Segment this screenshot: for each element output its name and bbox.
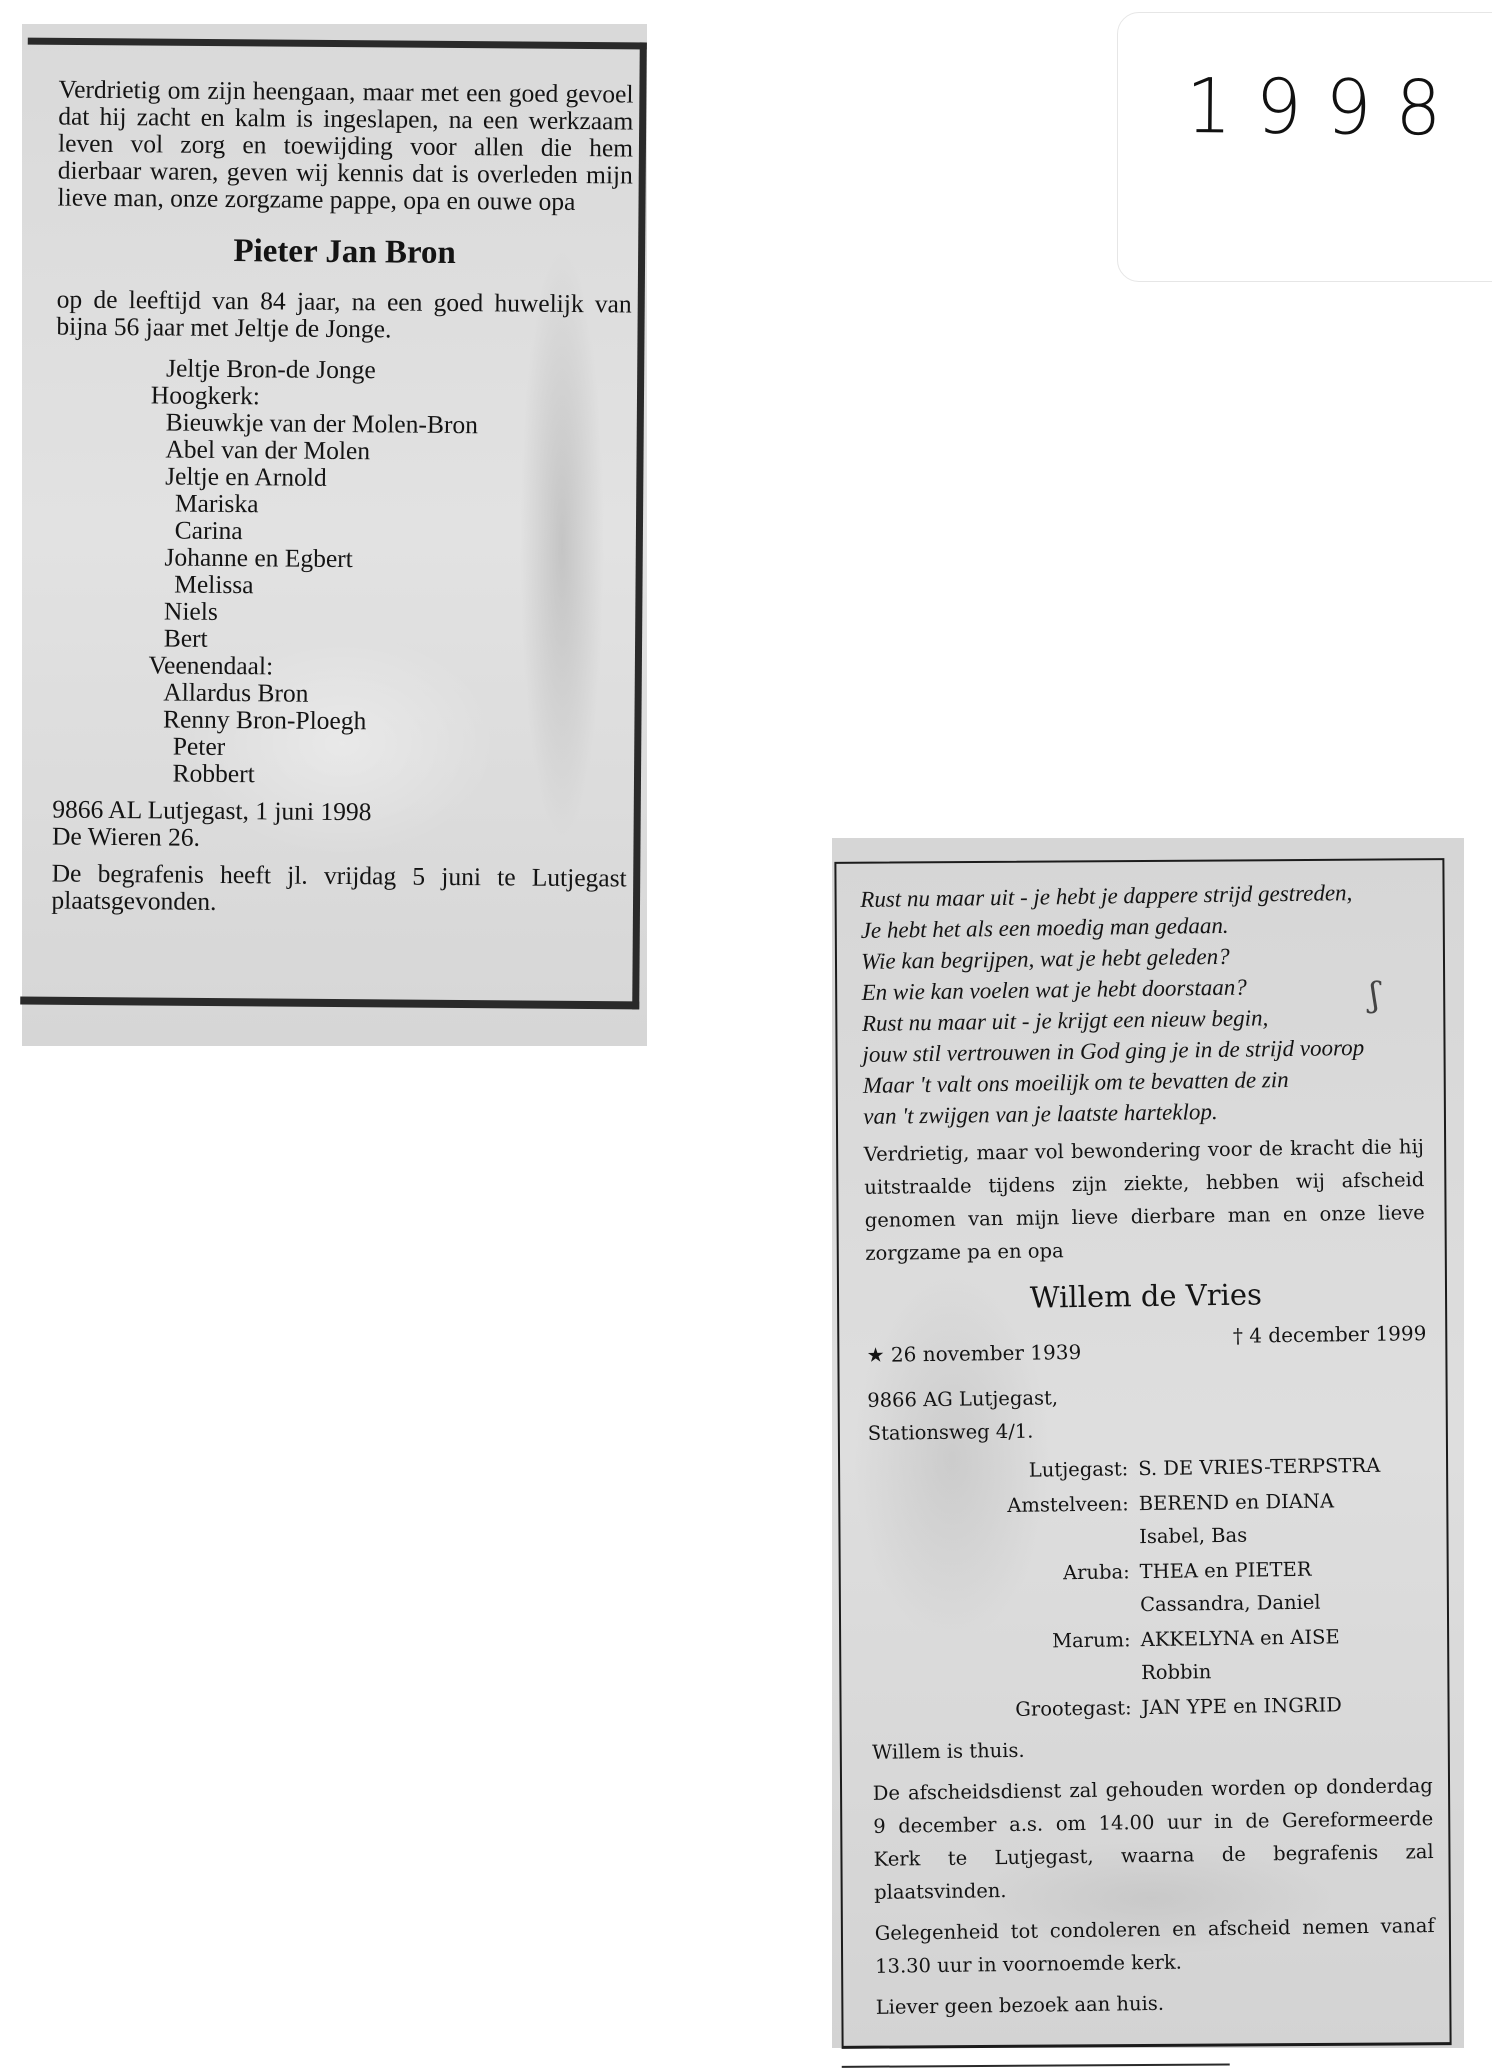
relative-row: Robbin [871,1652,1431,1693]
relative-row: Grootegast:JAN YPE en INGRID [871,1687,1431,1728]
poem: Rust nu maar uit - je hebt je dappere st… [860,876,1423,1132]
relative-names: BEREND en DIANA [1139,1483,1429,1520]
relative-names: THEA en PIETER [1139,1551,1429,1588]
relative-place [871,1656,1141,1693]
relative-place: Grootegast: [871,1691,1141,1728]
relatives-list: Lutjegast:S. DE VRIES-TERPSTRAAmstelveen… [868,1448,1432,1728]
poem-line: van 't zwijgen van je laatste harteklop. [863,1093,1423,1132]
home-note: Willem is thuis. [872,1728,1432,1769]
obituary-text-left: Verdrietig om zijn heengaan, maar met ee… [51,76,633,919]
relative-names: Isabel, Bas [1139,1516,1429,1553]
deceased-name: Pieter Jan Bron [57,237,632,269]
address-block: 9866 AG Lutjegast, Stationsweg 4/1. [867,1376,1428,1450]
relative-names: Cassandra, Daniel [1140,1584,1430,1621]
relative-place: Aruba: [869,1555,1139,1592]
address-line: De Wieren 26. [52,822,627,854]
service-note: De afscheidsdienst zal gehouden worden o… [873,1769,1435,1909]
relative-row: Lutjegast:S. DE VRIES-TERPSTRA [868,1448,1428,1489]
relative-names: AKKELYNA en AISE [1140,1619,1430,1656]
relative-place: Marum: [870,1623,1140,1660]
relative-place [869,1520,1139,1557]
age-text: op de leeftijd van 84 jaar, na een goed … [56,285,631,344]
condolence-note: Gelegenheid tot condoleren en afscheid n… [874,1909,1435,1983]
address-line: Stationsweg 4/1. [868,1409,1428,1450]
birth-date: ★ 26 november 1939 [866,1336,1081,1372]
family-list: Jeltje Bron-de JongeHoogkerk:Bieuwkje va… [52,353,631,790]
deceased-name: Willem de Vries [866,1276,1426,1317]
obituary-text-right: Rust nu maar uit - je hebt je dappere st… [860,876,1436,2024]
relative-row: Isabel, Bas [869,1516,1429,1557]
relative-place: Lutjegast: [868,1452,1138,1489]
funeral-note: De begrafenis heeft jl. vrijdag 5 juni t… [51,859,626,918]
relative-names: JAN YPE en INGRID [1141,1687,1431,1724]
relative-row: Cassandra, Daniel [870,1584,1430,1625]
handwritten-year-label: 1998 [1117,12,1492,282]
handwritten-year: 1998 [1186,62,1466,153]
death-date: † 4 december 1999 [1233,1317,1427,1367]
relative-names: Robbin [1141,1652,1431,1689]
obituary-intro: Verdrietig om zijn heengaan, maar met ee… [57,76,633,216]
relative-place [870,1588,1140,1625]
relative-place: Amstelveen: [869,1487,1139,1524]
address-block: 9866 AL Lutjegast, 1 juni 1998 De Wieren… [52,795,627,854]
relative-names: S. DE VRIES-TERPSTRA [1138,1448,1428,1485]
family-member: Robbert [52,758,627,790]
life-dates: ★ 26 november 1939 † 4 december 1999 [866,1317,1427,1372]
obituary-announcement: Verdrietig, maar vol bewondering voor de… [864,1130,1426,1270]
